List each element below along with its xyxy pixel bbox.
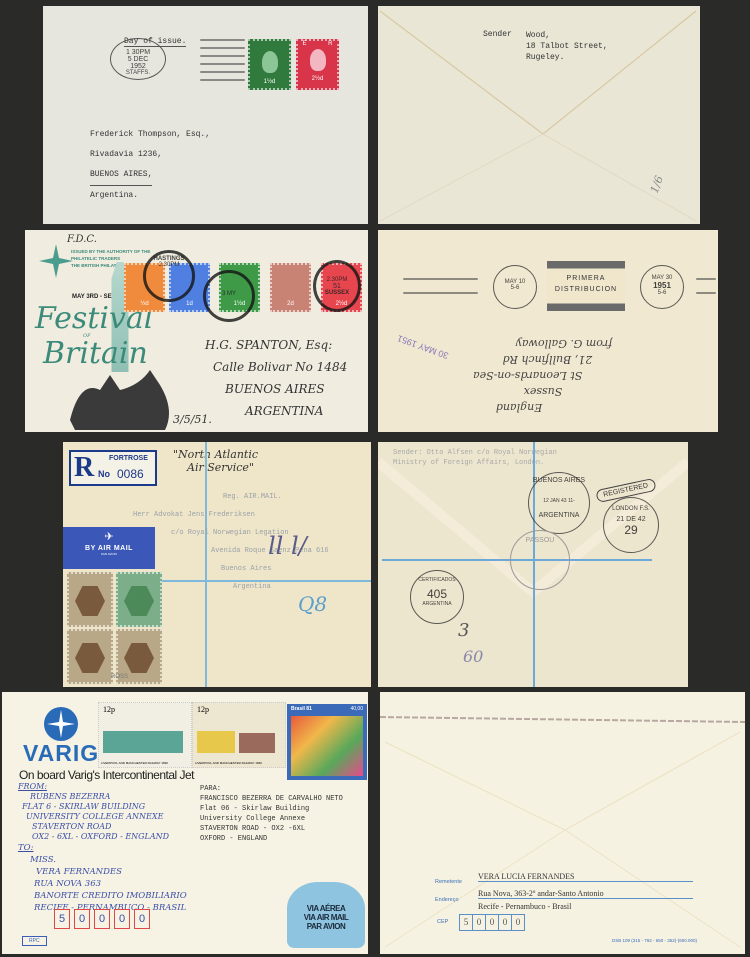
cover-2-back: MAY 10 5-6 PRIMERA DISTRIBUCION MAY 30 1…: [378, 230, 718, 432]
cover-3-front: R FORTROSE No 0086 "North Atlantic Air S…: [63, 442, 371, 687]
cover-2-front: F.D.C. ISSUED BY THE AUTHORITY OF THE PH…: [25, 230, 368, 432]
postmark-buenos-aires: BUENOS AIRES 12 JAN 43 11- ARGENTINA: [528, 472, 590, 534]
airmail-dove-label: VIA AÉREA VIA AIR MAIL PAR AVION: [287, 882, 365, 948]
north-atlantic-note: "North Atlantic Air Service": [173, 448, 258, 474]
blue-crayon-mark: Q8: [298, 592, 327, 616]
stamp-brasil-81: Brasil 81 40,00: [287, 704, 367, 780]
varig-brand: VARIG: [23, 740, 99, 767]
date-note: 3/5/51.: [173, 413, 212, 426]
sender-address: Wood, 18 Talbot Street, Rugeley.: [526, 30, 608, 63]
cover-3-back: Sender: Otto Alfsen c/o Royal Norwegian …: [378, 442, 688, 687]
recipient-address: H.G. SPANTON, Esq: Calle Bolivar No 1484…: [205, 334, 347, 422]
sender-label: Sender: [483, 30, 512, 39]
postmark-fragment: ROSS: [111, 674, 128, 680]
from-block: FROM: RUBENS BEZERRA FLAT 6 - SKIRLAW BU…: [18, 782, 169, 842]
dsb-footer: DSB 109 (315 - 792 - 650 - 352)-(600.000…: [612, 938, 697, 943]
stamp-2s6d-brown-1: [67, 572, 113, 627]
stamp-1-1-2d-green: 1½d: [248, 39, 291, 90]
postmark-certificados: CERTIFICADOS 405 ARGENTINA: [410, 570, 464, 624]
stamp-2d-brown: 2d: [270, 263, 311, 312]
postmark-buenos-aires-2: MAY 30 1951 5-6: [640, 265, 684, 309]
postmark-london-fs: LONDON F.S. 21 DE 42 29: [603, 497, 659, 553]
registration-label: R FORTROSE No 0086: [69, 450, 157, 486]
postmark-hastings-1: HASTINGS 2.30PM: [143, 250, 195, 302]
cover-4-back: Remetente VERA LUCIA FERNANDES Endereço …: [380, 692, 745, 954]
remetente-label: Remetente: [435, 879, 462, 885]
endereco-line-2: Recife - Pernambuco - Brasil: [478, 902, 571, 911]
pencil-ticks: ll l/: [268, 532, 307, 560]
cover-1-front: 1 30PM 5 DEC 1952 STAFFS. Day of issue. …: [43, 6, 368, 224]
varig-logo-icon: [44, 707, 78, 741]
rpc-label: RPC: [22, 936, 47, 946]
air-mail-label: ✈ BY AIR MAIL PAR AVION: [63, 527, 155, 569]
cep-label: CEP: [437, 919, 448, 925]
postmark-passou-grey: PASSOU: [510, 530, 570, 590]
stamp-12p-railway-2: 12p LIVERPOOL AND MANCHESTER RAILWAY 183…: [192, 702, 286, 768]
cover-1-back: Sender Wood, 18 Talbot Street, Rugeley. …: [378, 6, 700, 224]
para-address: PARA: FRANCISCO BEZERRA DE CARVALHO NETO…: [200, 784, 343, 844]
pencil-note-3: 3: [458, 620, 469, 641]
endereco-line-1: Rua Nova, 363-2º andar-Santo Antonio: [478, 889, 693, 899]
postmark-hastings-3: 2.30PM 51 SUSSEX: [313, 260, 361, 312]
day-of-issue-note: Day of issue.: [124, 37, 186, 47]
boadicea-statue: [65, 360, 175, 430]
primera-distribucion-slogan: PRIMERA DISTRIBUCION: [547, 261, 625, 311]
violet-date-stamp: 30 MAY 1951: [396, 333, 450, 361]
cep-boxes: 50000: [459, 914, 525, 931]
wing-icon: ✈: [63, 530, 155, 543]
stamp-2-1-2d-red: E R 2½d: [296, 39, 339, 90]
endereco-label: Endereço: [435, 897, 459, 903]
postmark-buenos-aires-1: MAY 10 5-6: [493, 265, 537, 309]
cover-4-front: VARIG On board Varig's Intercontinental …: [2, 692, 368, 954]
to-block: TO: MISS. VERA FERNANDES RUA NOVA 363 BA…: [18, 842, 187, 914]
stamp-5s-green: [116, 572, 162, 627]
recipient-address: Frederick Thompson, Esq., Rivadavia 1236…: [90, 125, 210, 206]
stamp-12p-railway-1: 12p LIVERPOOL AND MANCHESTER RAILWAY 183…: [98, 702, 192, 768]
pencil-note-60: 60: [463, 647, 483, 666]
stamp-2s6d-brown-2: [67, 629, 113, 684]
festival-star-logo: [39, 244, 73, 278]
remetente-value: VERA LUCIA FERNANDES: [478, 872, 693, 882]
zip-code-boxes: 50000: [54, 909, 154, 929]
postmark-hastings-2: 3 MY: [203, 270, 255, 322]
return-address: England Sussex St Leonards-on-Sea 21, Bu…: [473, 335, 612, 415]
varig-tagline: On board Varig's Intercontinental Jet: [19, 768, 194, 782]
